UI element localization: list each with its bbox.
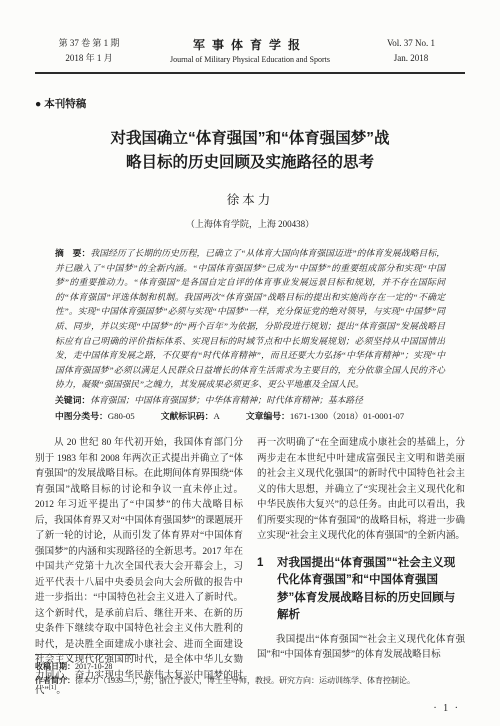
volume-issue: 第 37 卷 第 1 期	[35, 36, 143, 51]
journal-title-en: Journal of Military Physical Education a…	[143, 53, 357, 66]
doc-code-label: 文献标识码：	[161, 411, 214, 421]
journal-header: 第 37 卷 第 1 期 2018 年 1 月 军事体育学报 Journal o…	[35, 36, 465, 74]
clc-label: 中图分类号：	[55, 411, 108, 421]
keywords-label: 关键词：	[55, 395, 90, 405]
footnote-divider	[35, 654, 135, 655]
author-bio-line: 作者简介：徐本力（1939—），男，浙江宁波人，博士生导师，教授。研究方向：运动…	[35, 674, 465, 688]
abstract-label: 摘 要：	[55, 248, 90, 258]
date-en: Jan. 2018	[357, 51, 465, 66]
doc-code-value: A	[213, 411, 219, 421]
footnote-block: 收稿日期：2017-10-28 作者简介：徐本力（1939—），男，浙江宁波人，…	[35, 654, 465, 688]
classification-line: 中图分类号：G80-05文献标识码：A文章编号：1671-1300（2018）0…	[55, 409, 445, 424]
header-volume-block: 第 37 卷 第 1 期 2018 年 1 月	[35, 36, 143, 66]
received-date-label: 收稿日期：	[35, 662, 75, 671]
received-date-line: 收稿日期：2017-10-28	[35, 660, 465, 674]
author-bio-text: 徐本力（1939—），男，浙江宁波人，博士生导师，教授。研究方向：运动训练学、体…	[75, 676, 415, 685]
abstract-block: 摘 要：我国经历了长期的历史历程，已确立了“从体育大国向体育强国迈进”的体育发展…	[55, 246, 445, 392]
author-affiliation: （上海体育学院，上海 200438）	[35, 217, 465, 230]
header-journal-block: 军事体育学报 Journal of Military Physical Educ…	[143, 37, 357, 66]
article-title: 对我国确立“体育强国”和“体育强国梦”战 略目标的历史回顾及实施路径的思考	[35, 127, 465, 175]
abstract-text: 我国经历了长期的历史历程，已确立了“从体育大国向体育强国迈进”的体育发展战略目标…	[55, 248, 445, 389]
keywords-text: 体育强国；中国体育强国梦；中华体育精神；时代体育精神；基本路径	[90, 395, 363, 405]
journal-page: 第 37 卷 第 1 期 2018 年 1 月 军事体育学报 Journal o…	[0, 0, 500, 726]
journal-title-cn: 军事体育学报	[143, 37, 357, 53]
received-date-value: 2017-10-28	[75, 662, 112, 671]
section-1-number: 1	[257, 555, 277, 625]
author-name: 徐本力	[35, 190, 465, 208]
author-bio-label: 作者简介：	[35, 676, 75, 685]
date-cn: 2018 年 1 月	[35, 51, 143, 66]
article-id-label: 文章编号：	[246, 411, 290, 421]
article-title-line1: 对我国确立“体育强国”和“体育强国梦”战	[35, 127, 465, 151]
keywords-line: 关键词：体育强国；中国体育强国梦；中华体育精神；时代体育精神；基本路径	[55, 393, 445, 408]
article-id-value: 1671-1300（2018）01-0001-07	[290, 411, 404, 421]
article-title-line2: 略目标的历史回顾及实施路径的思考	[35, 151, 465, 175]
vol-en: Vol. 37 No. 1	[357, 36, 465, 51]
section-1-title: 对我国提出“体育强国”“社会主义现代化体育强国”和“中国体育强国梦”体育发展战略…	[277, 555, 465, 625]
body-paragraph: 再一次明确了“在全面建成小康社会的基础上，分两步走在本世纪中叶建成富强民主文明和…	[257, 436, 465, 545]
page-number: · 1 ·	[433, 703, 460, 714]
header-vol-en-block: Vol. 37 No. 1 Jan. 2018	[357, 36, 465, 66]
feature-column-tag: ● 本刊特稿	[35, 96, 465, 111]
clc-value: G80-05	[108, 411, 135, 421]
section-1-heading: 1 对我国提出“体育强国”“社会主义现代化体育强国”和“中国体育强国梦”体育发展…	[257, 555, 465, 625]
